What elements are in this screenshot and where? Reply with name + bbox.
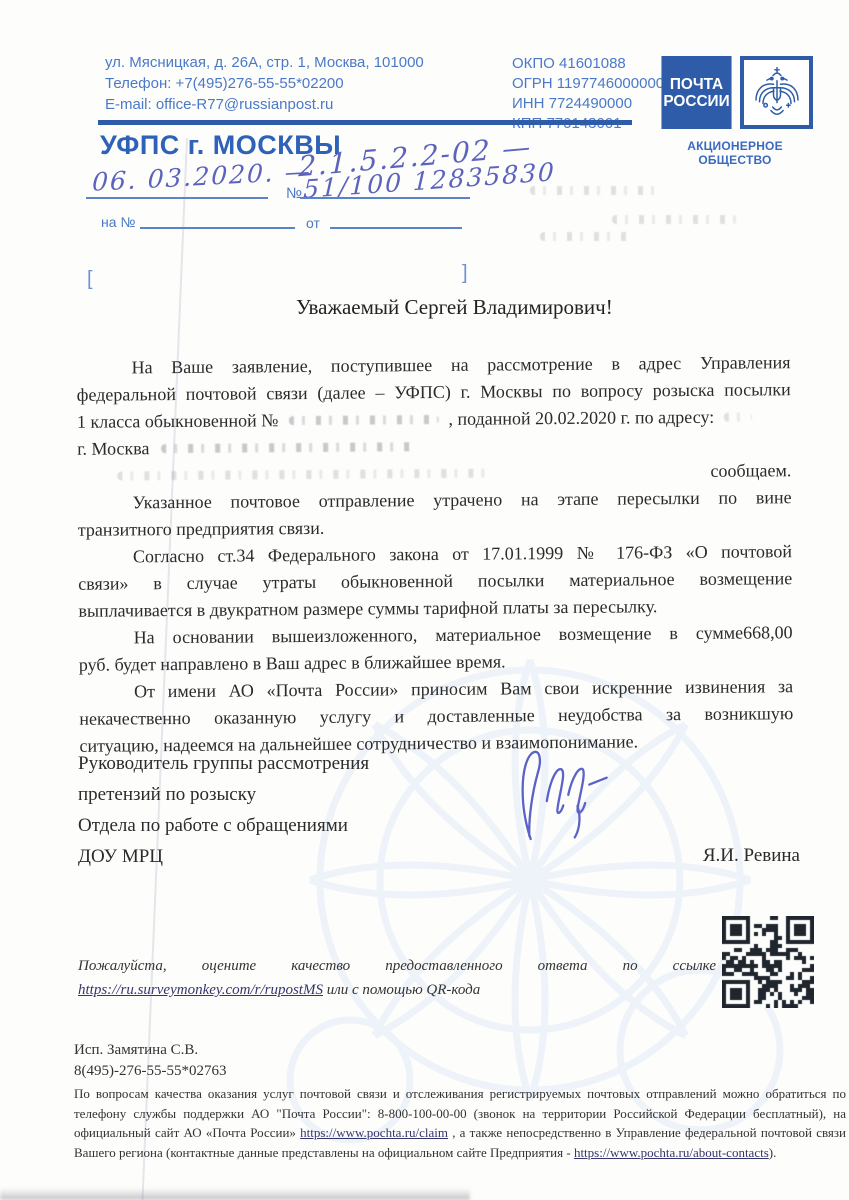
pochta-rossii-logo: ПОЧТА РОССИИ — [661, 56, 731, 129]
footer-note-line: По вопросам качества оказания услуг почт… — [74, 1084, 846, 1104]
from-label: от — [306, 215, 320, 231]
feedback-line-1: Пожалуйста, оцените качество предоставле… — [78, 958, 716, 975]
position-line: претензий по розыску — [78, 779, 792, 810]
handwritten-signature — [492, 738, 622, 848]
handwritten-date: 06. 03.2020. — — [91, 156, 312, 197]
feedback-word: Пожалуйста, — [78, 958, 167, 975]
feedback-word: ссылке — [673, 958, 716, 975]
double-headed-eagle-icon — [740, 56, 813, 129]
signer-name: Я.И. Ревина — [78, 845, 800, 867]
executor-phone: 8(495)-276-55-55*02763 — [74, 1061, 846, 1082]
footer-text: ). — [769, 1145, 777, 1160]
on-number-label: на № — [101, 214, 135, 230]
executor-name: Исп. Замятина С.В. — [74, 1040, 846, 1061]
body-text: сообщаем. — [710, 457, 791, 485]
phone-line: Телефон: +7(495)276-55-55*02200 — [105, 73, 515, 94]
sender-address-block: ул. Мясницкая, д. 26А, стр. 1, Москва, 1… — [105, 52, 515, 115]
redacted-tracking-number — [288, 415, 438, 425]
footer-text: официальный сайт АО «Почта России» — [74, 1125, 300, 1140]
redacted-mark — [540, 232, 630, 241]
body-text: , поданной 20.02.2020 г. по адресу: — [448, 404, 714, 433]
salutation: Уважаемый Сергей Владимирович! — [296, 295, 613, 320]
feedback-word: по — [623, 958, 638, 975]
address-window-bracket-close: ] — [462, 262, 468, 285]
redacted-mark — [530, 186, 660, 195]
body-line: На основании вышеизложенного, материальн… — [79, 619, 793, 652]
survey-link[interactable]: https://ru.surveymonkey.com/r/rupostMS — [78, 982, 323, 998]
feedback-word: ответа — [538, 958, 588, 975]
redacted-address — [161, 442, 416, 453]
letter-body: На Ваше заявление, поступившее на рассмо… — [76, 349, 793, 760]
body-line: 1 класса обыкновенной № , поданной 20.02… — [77, 403, 791, 436]
footer-note-line: Вашего региона (контактные данные предст… — [74, 1143, 846, 1163]
footer-text: , а также непосредственно в Управление ф… — [448, 1125, 846, 1140]
from-underline — [330, 227, 462, 229]
footer-note: По вопросам качества оказания услуг почт… — [74, 1084, 846, 1162]
body-line: Указанное почтовое отправление утрачено … — [77, 484, 791, 517]
body-line: некачественно оказанную услугу и доставл… — [79, 700, 793, 733]
feedback-request: Пожалуйста, оцените качество предоставле… — [78, 958, 716, 999]
feedback-line-2: https://ru.surveymonkey.com/r/rupostMS и… — [78, 982, 716, 999]
body-line: связи» в случае утраты обыкновенной посы… — [78, 565, 792, 598]
feedback-suffix: или с помощью QR-кода — [323, 982, 480, 998]
logo-subtitle: АКЦИОНЕРНОЕ ОБЩЕСТВО — [652, 139, 818, 167]
position-line: Отдела по работе с обращениями — [78, 810, 792, 841]
address-line: ул. Мясницкая, д. 26А, стр. 1, Москва, 1… — [105, 52, 515, 73]
logo-word-1: ПОЧТА — [670, 76, 723, 93]
footer-note-line: официальный сайт АО «Почта России» https… — [74, 1123, 846, 1143]
scanned-letter-page: ул. Мясницкая, д. 26А, стр. 1, Москва, 1… — [0, 0, 849, 1200]
redacted-mark — [612, 215, 737, 224]
number-underline — [300, 197, 470, 199]
logo-word-2: РОССИИ — [663, 93, 729, 110]
footer-text: Вашего региона (контактные данные предст… — [74, 1145, 574, 1160]
contacts-link[interactable]: https://www.pochta.ru/about-contacts — [574, 1145, 769, 1160]
date-underline — [86, 197, 268, 199]
body-text: г. Москва — [77, 435, 150, 463]
claim-link[interactable]: https://www.pochta.ru/claim — [300, 1125, 448, 1140]
scan-edge-shadow — [0, 1188, 470, 1200]
email-line: E-mail: office-R77@russianpost.ru — [105, 94, 515, 115]
number-label: № — [286, 185, 302, 202]
body-text: 1 класса обыкновенной № — [77, 407, 279, 436]
footer: Исп. Замятина С.В. 8(495)-276-55-55*0276… — [74, 1040, 846, 1162]
qr-code — [722, 916, 814, 1008]
feedback-word: качество — [291, 958, 350, 975]
on-number-underline — [140, 227, 295, 229]
feedback-word: оцените — [202, 958, 256, 975]
header-divider — [98, 120, 632, 125]
redacted-mark — [724, 413, 752, 422]
redacted-address — [117, 469, 487, 481]
footer-note-line: телефону службы поддержки АО "Почта Росс… — [74, 1104, 846, 1124]
position-line: Руководитель группы рассмотрения — [78, 748, 792, 779]
address-window-bracket-open: [ — [87, 268, 93, 291]
feedback-word: предоставленного — [385, 958, 502, 975]
